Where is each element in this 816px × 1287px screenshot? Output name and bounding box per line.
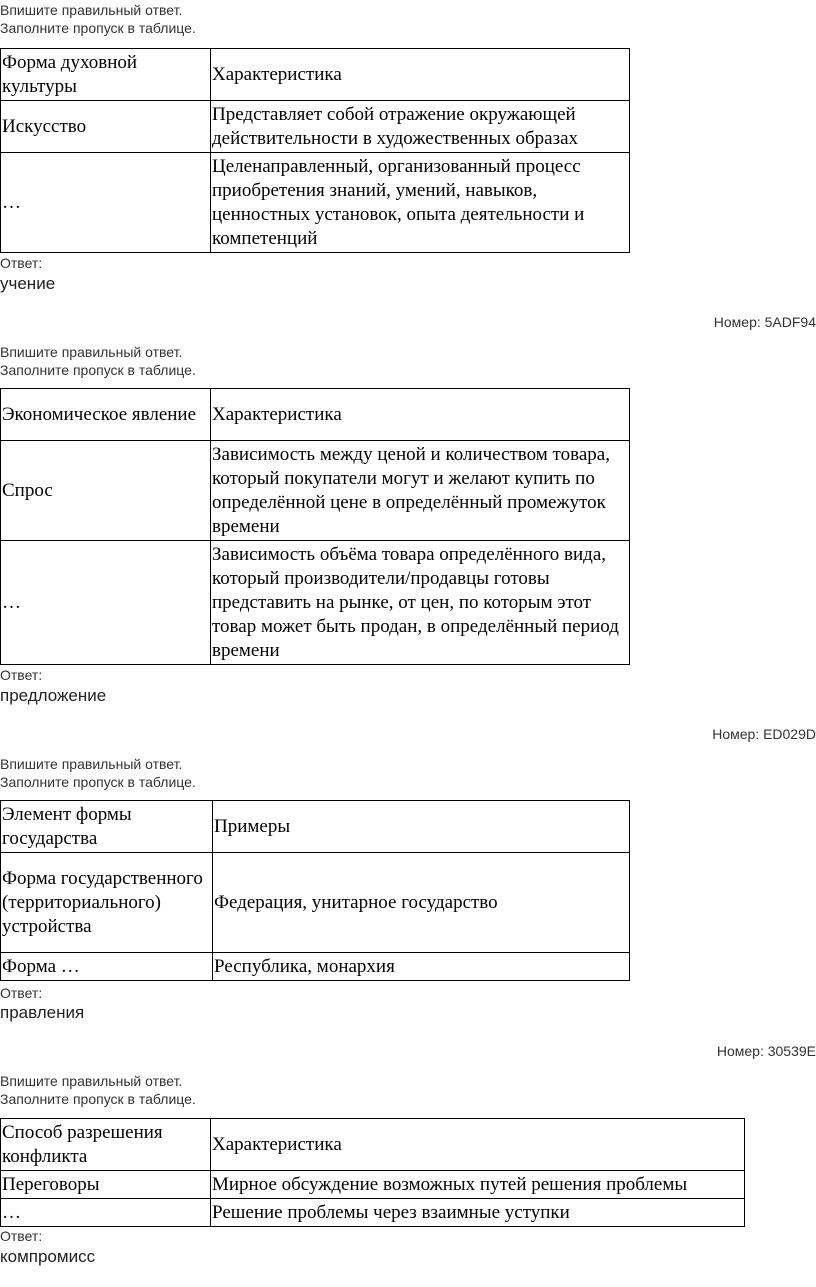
instruction-line-1: Впишите правильный ответ. xyxy=(0,755,196,773)
table-cell: Федерация, унитарное государство xyxy=(213,853,630,953)
table-header-row: Элемент формы государства Примеры xyxy=(1,801,630,853)
answer-label: Ответ: xyxy=(0,255,42,271)
instruction-line-1: Впишите правильный ответ. xyxy=(0,1,196,19)
table-cell: Представляет собой отражение окружающей … xyxy=(211,101,630,153)
table-row: … Решение проблемы через взаимные уступк… xyxy=(1,1199,745,1227)
answer-value: предложение xyxy=(0,686,106,706)
answer-value: компромисс xyxy=(0,1247,95,1267)
answer-label: Ответ: xyxy=(0,667,42,683)
table-header-row: Способ разрешения конфликта Характеристи… xyxy=(1,1119,745,1171)
header-cell: Характеристика xyxy=(211,49,630,101)
instruction-line-1: Впишите правильный ответ. xyxy=(0,1072,196,1090)
header-cell: Экономическое явление xyxy=(1,389,211,441)
table-row: Искусство Представляет собой отражение о… xyxy=(1,101,630,153)
table-cell: Зависимость объёма товара определённого … xyxy=(211,541,630,665)
task-number: Номер: 30539E xyxy=(717,1043,816,1059)
table-cell: Форма государственного (территориального… xyxy=(1,853,213,953)
header-cell: Форма духовной культуры xyxy=(1,49,211,101)
table-cell: Форма … xyxy=(1,953,213,981)
task-number: Номер: 5ADF94 xyxy=(714,314,816,330)
table-cell: … xyxy=(1,1199,211,1227)
table-row: … Целенаправленный, организованный проце… xyxy=(1,153,630,253)
table-cell: Целенаправленный, организованный процесс… xyxy=(211,153,630,253)
instruction-line-2: Заполните пропуск в таблице. xyxy=(0,1090,196,1108)
task-4-instruction: Впишите правильный ответ. Заполните проп… xyxy=(0,1072,196,1108)
table-row: Форма … Республика, монархия xyxy=(1,953,630,981)
instruction-line-2: Заполните пропуск в таблице. xyxy=(0,19,196,37)
task-1-instruction: Впишите правильный ответ. Заполните проп… xyxy=(0,1,196,37)
table-cell: Республика, монархия xyxy=(213,953,630,981)
task-3-table: Элемент формы государства Примеры Форма … xyxy=(0,800,630,981)
table-cell: Мирное обсуждение возможных путей решени… xyxy=(211,1171,745,1199)
table-cell: Решение проблемы через взаимные уступки xyxy=(211,1199,745,1227)
table-row: … Зависимость объёма товара определённог… xyxy=(1,541,630,665)
table-row: Форма государственного (территориального… xyxy=(1,853,630,953)
task-2-table: Экономическое явление Характеристика Спр… xyxy=(0,388,630,665)
task-3-instruction: Впишите правильный ответ. Заполните проп… xyxy=(0,755,196,791)
table-cell: Искусство xyxy=(1,101,211,153)
answer-label: Ответ: xyxy=(0,985,42,1001)
table-row: Переговоры Мирное обсуждение возможных п… xyxy=(1,1171,745,1199)
table-row: Спрос Зависимость между ценой и количест… xyxy=(1,441,630,541)
instruction-line-2: Заполните пропуск в таблице. xyxy=(0,773,196,791)
table-cell: … xyxy=(1,541,211,665)
instruction-line-2: Заполните пропуск в таблице. xyxy=(0,361,196,379)
header-cell: Способ разрешения конфликта xyxy=(1,1119,211,1171)
table-cell: … xyxy=(1,153,211,253)
task-number: Номер: ED029D xyxy=(712,726,816,742)
header-cell: Характеристика xyxy=(211,389,630,441)
task-2-instruction: Впишите правильный ответ. Заполните проп… xyxy=(0,343,196,379)
table-cell: Спрос xyxy=(1,441,211,541)
table-cell: Зависимость между ценой и количеством то… xyxy=(211,441,630,541)
table-cell: Переговоры xyxy=(1,1171,211,1199)
header-cell: Примеры xyxy=(213,801,630,853)
task-4-table: Способ разрешения конфликта Характеристи… xyxy=(0,1118,745,1227)
answer-value: учение xyxy=(0,274,55,294)
task-1-table: Форма духовной культуры Характеристика И… xyxy=(0,48,630,253)
answer-label: Ответ: xyxy=(0,1228,42,1244)
instruction-line-1: Впишите правильный ответ. xyxy=(0,343,196,361)
header-cell: Элемент формы государства xyxy=(1,801,213,853)
answer-value: правления xyxy=(0,1003,84,1023)
table-header-row: Экономическое явление Характеристика xyxy=(1,389,630,441)
table-header-row: Форма духовной культуры Характеристика xyxy=(1,49,630,101)
header-cell: Характеристика xyxy=(211,1119,745,1171)
